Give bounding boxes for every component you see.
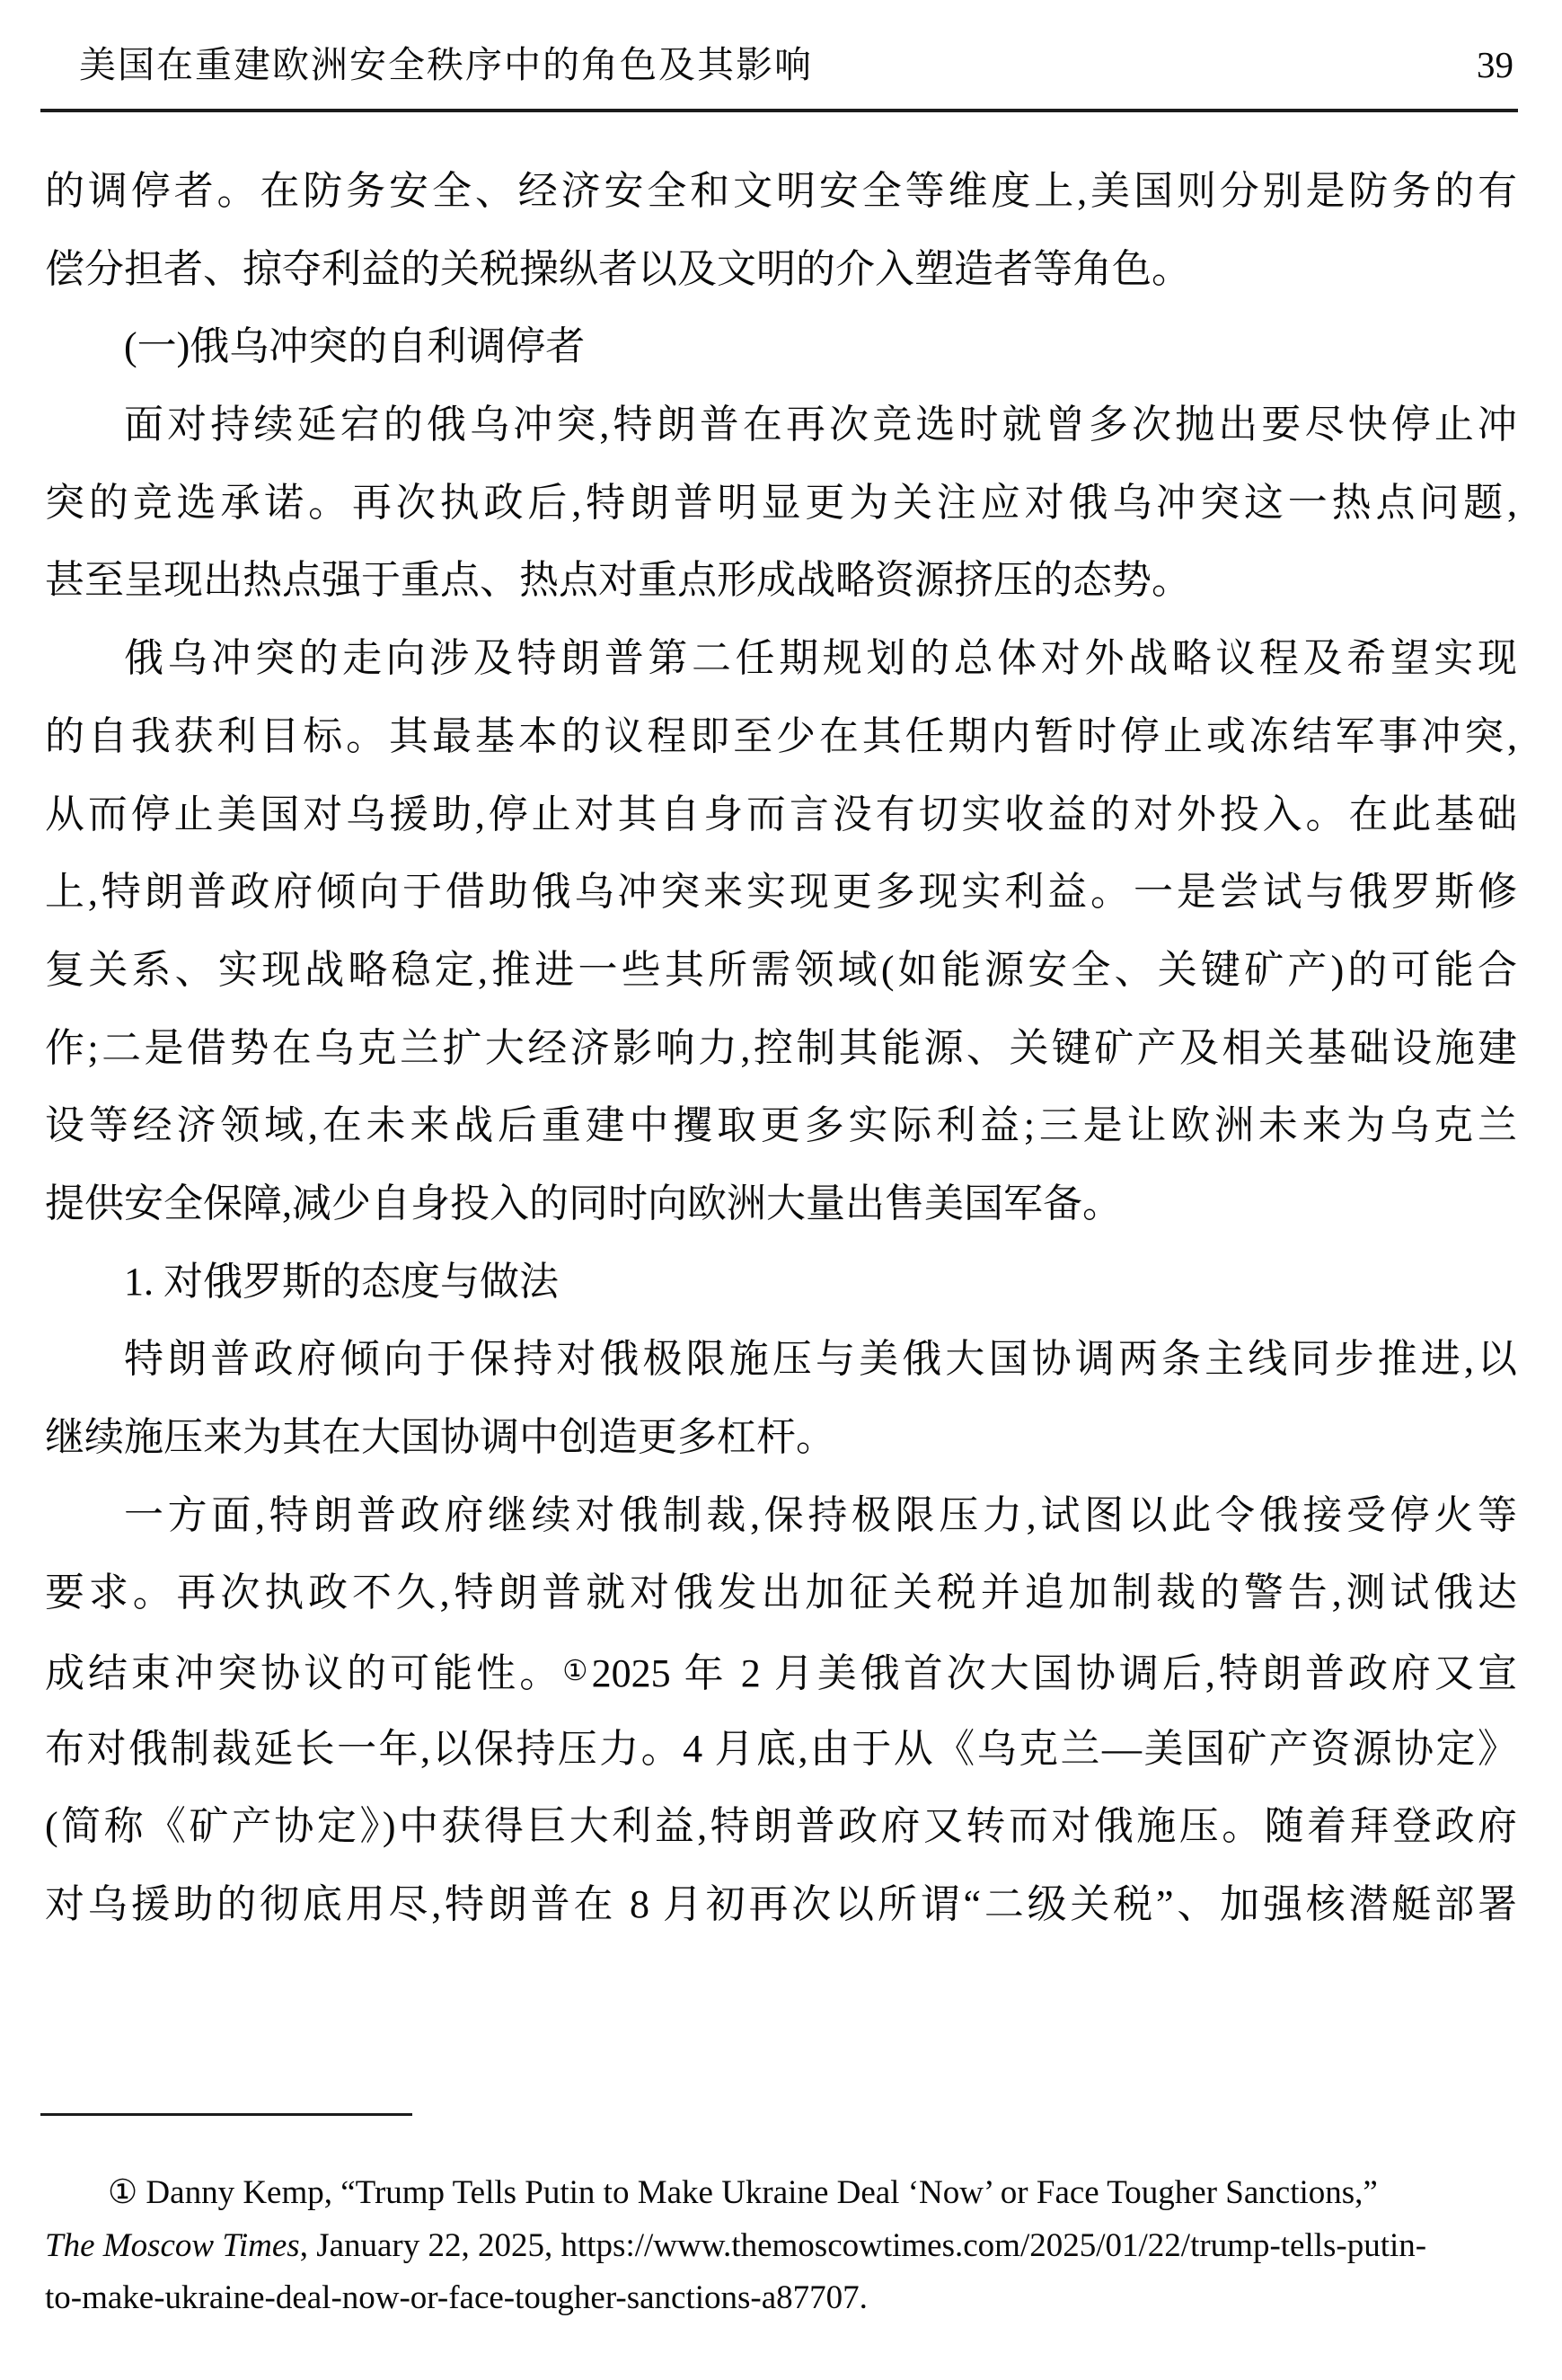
body-line: 偿分担者、掠夺利益的关税操纵者以及文明的介入塑造者等角色。 <box>45 231 1517 309</box>
body-line: 突的竞选承诺。再次执政后,特朗普明显更为关注应对俄乌冲突这一热点问题, <box>45 464 1517 543</box>
page-number: 39 <box>1477 43 1513 86</box>
footnote-text: , January 22, 2025, https://www.themosco… <box>300 2227 1426 2264</box>
footnote-text: to-make-ukraine-deal-now-or-face-tougher… <box>45 2279 868 2316</box>
body-line: 的自我获利目标。其最基本的议程即至少在其任期内暂时停止或冻结军事冲突, <box>45 698 1517 776</box>
body-line: 继续施压来为其在大国协调中创造更多杠杆。 <box>45 1399 1517 1477</box>
body-line: 特朗普政府倾向于保持对俄极限施压与美俄大国协调两条主线同步推进,以 <box>45 1321 1517 1399</box>
body-line: 要求。再次执政不久,特朗普就对俄发出加征关税并追加制裁的警告,测试俄达 <box>45 1554 1517 1632</box>
body-line: 对乌援助的彻底用尽,特朗普在 8 月初再次以所谓“二级关税”、加强核潜艇部署 <box>45 1866 1517 1944</box>
body-line: 成结束冲突协议的可能性。①2025 年 2 月美俄首次大国协调后,特朗普政府又宣 <box>45 1632 1517 1711</box>
body-line: 面对持续延宕的俄乌冲突,特朗普在再次竞选时就曾多次抛出要尽快停止冲 <box>45 386 1517 464</box>
footnote-line: ① Danny Kemp, “Trump Tells Putin to Make… <box>45 2167 1536 2220</box>
body-line: 的调停者。在防务安全、经济安全和文明安全等维度上,美国则分别是防务的有 <box>45 153 1517 231</box>
body-line: 复关系、实现战略稳定,推进一些其所需领域(如能源安全、关键矿产)的可能合 <box>45 932 1517 1010</box>
footnote-reference-marker: ① <box>562 1655 591 1686</box>
body-line: 一方面,特朗普政府继续对俄制裁,保持极限压力,试图以此令俄接受停火等 <box>45 1477 1517 1555</box>
footnote-source-title: The Moscow Times <box>45 2227 300 2264</box>
body-line: 设等经济领域,在未来战后重建中攫取更多实际利益;三是让欧洲未来为乌克兰 <box>45 1087 1517 1165</box>
footnote-line: The Moscow Times, January 22, 2025, http… <box>45 2220 1536 2273</box>
body-line: 1. 对俄罗斯的态度与做法 <box>45 1243 1517 1322</box>
footnote-line: to-make-ukraine-deal-now-or-face-tougher… <box>45 2272 1536 2325</box>
body-line: (一)俄乌冲突的自利调停者 <box>45 308 1517 386</box>
body-line: 俄乌冲突的走向涉及特朗普第二任期规划的总体对外战略议程及希望实现 <box>45 620 1517 698</box>
article-body: 的调停者。在防务安全、经济安全和文明安全等维度上,美国则分别是防务的有偿分担者、… <box>45 153 1517 1944</box>
body-line: 上,特朗普政府倾向于借助俄乌冲突来实现更多现实利益。一是尝试与俄罗斯修 <box>45 854 1517 932</box>
page-header: 美国在重建欧洲安全秩序中的角色及其影响 39 <box>45 43 1513 86</box>
footnote-text: ① Danny Kemp, “Trump Tells Putin to Make… <box>108 2174 1378 2211</box>
running-title: 美国在重建欧洲安全秩序中的角色及其影响 <box>45 43 813 86</box>
body-line: 提供安全保障,减少自身投入的同时向欧洲大量出售美国军备。 <box>45 1165 1517 1243</box>
body-line: 从而停止美国对乌援助,停止对其自身而言没有切实收益的对外投入。在此基础 <box>45 776 1517 854</box>
body-line: (简称《矿产协定》)中获得巨大利益,特朗普政府又转而对俄施压。随着拜登政府 <box>45 1788 1517 1866</box>
journal-page: 美国在重建欧洲安全秩序中的角色及其影响 39 的调停者。在防务安全、经济安全和文… <box>0 0 1562 2380</box>
body-line: 甚至呈现出热点强于重点、热点对重点形成战略资源挤压的态势。 <box>45 542 1517 620</box>
footnote: ① Danny Kemp, “Trump Tells Putin to Make… <box>45 2167 1536 2325</box>
header-rule <box>40 109 1518 112</box>
body-line: 作;二是借势在乌克兰扩大经济影响力,控制其能源、关键矿产及相关基础设施建 <box>45 1010 1517 1088</box>
body-line: 布对俄制裁延长一年,以保持压力。4 月底,由于从《乌克兰—美国矿产资源协定》 <box>45 1711 1517 1789</box>
footnote-separator <box>40 2113 412 2116</box>
